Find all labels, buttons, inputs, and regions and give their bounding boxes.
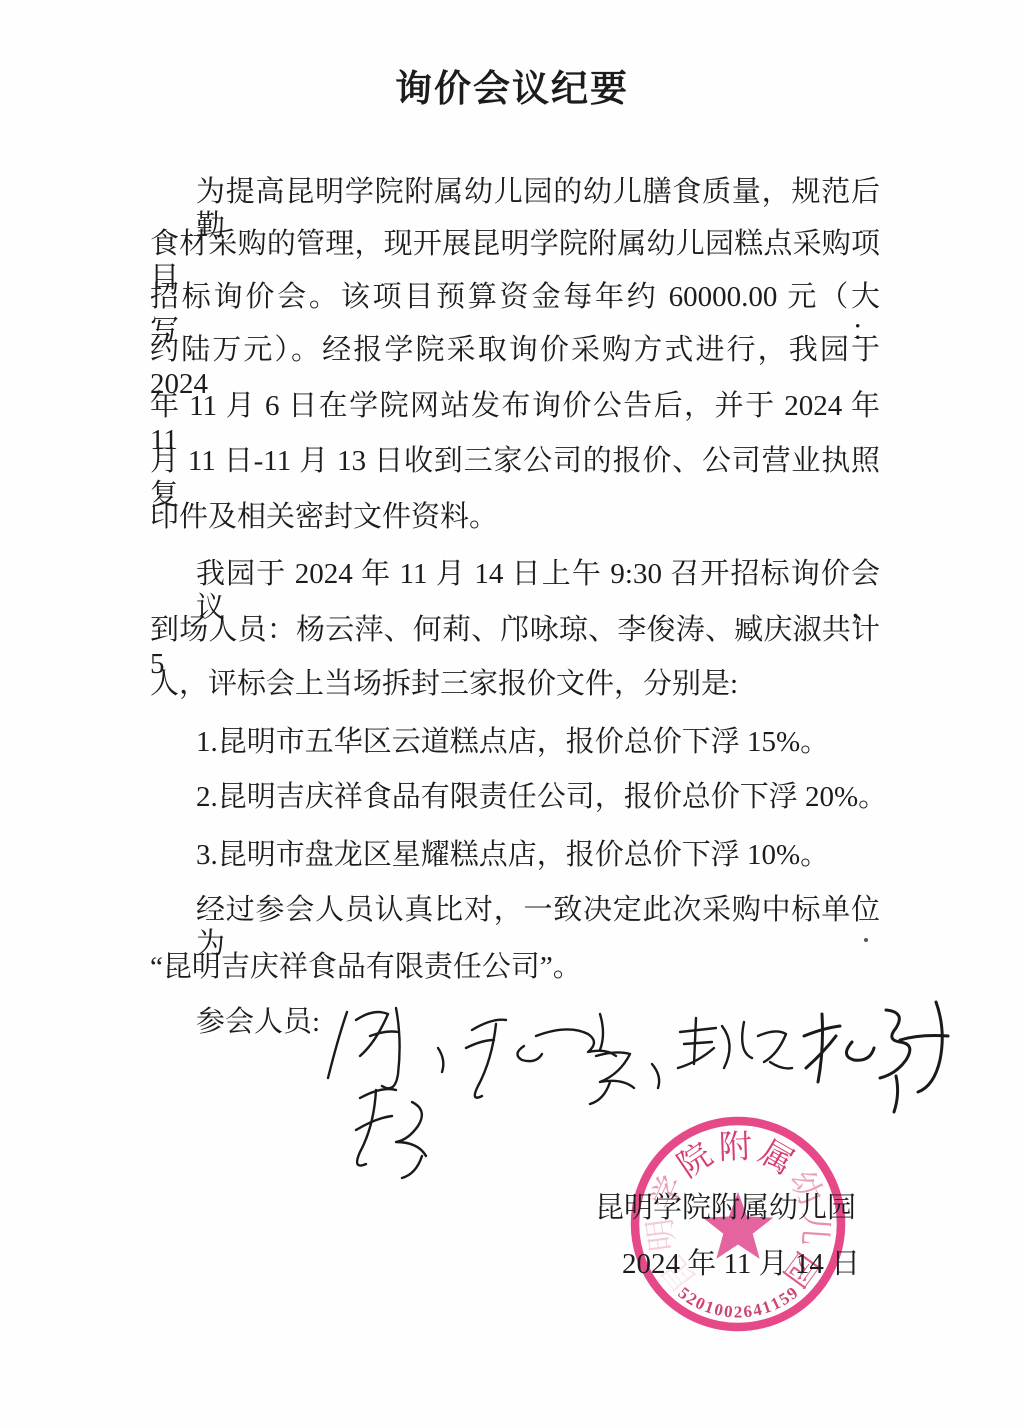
- svg-text:0: 0: [723, 1302, 734, 1322]
- caesura-mark-icon: [438, 1048, 443, 1072]
- document-page: 询价会议纪要 为提高昆明学院附属幼儿园的幼儿膳食质量，规范后勤 食材采购的管理，…: [0, 0, 1024, 1426]
- body-line: 食材采购的管理，现开展昆明学院附属幼儿园糕点采购项目: [150, 227, 880, 263]
- body-line: 人，评标会上当场拆封三家报价文件，分别是:: [150, 667, 880, 703]
- body-line: “昆明吉庆祥食品有限责任公司”。: [150, 950, 880, 986]
- footer-date: 2024 年 11 月 14 日: [622, 1247, 860, 1281]
- bid-item-2: 2.昆明吉庆祥食品有限责任公司，报价总价下浮 20%。: [150, 780, 880, 816]
- body-line: 到场人员：杨云萍、何莉、邝咏琼、李俊涛、臧庆淑共计 5: [150, 613, 880, 649]
- body-line: 为提高昆明学院附属幼儿园的幼儿膳食质量，规范后勤: [150, 175, 880, 211]
- signature-he-li: [328, 1008, 400, 1088]
- document-title: 询价会议纪要: [0, 58, 1024, 112]
- caesura-mark-icon: [652, 1064, 659, 1088]
- footer-organization: 昆明学院附属幼儿园: [595, 1191, 856, 1225]
- bid-item-1: 1.昆明市五华区云道糕点店，报价总价下浮 15%。: [150, 725, 880, 761]
- svg-text:2: 2: [734, 1303, 743, 1322]
- signature-li-jun-tao: [356, 1089, 426, 1178]
- body-line: 月 11 日-11 月 13 日收到三家公司的报价、公司营业执照复: [150, 444, 880, 480]
- scan-speck: [864, 938, 868, 942]
- body-line: 印件及相关密封文件资料。: [150, 500, 880, 536]
- signature-zang-qing-shu: [678, 1018, 792, 1068]
- bid-item-3: 3.昆明市盘龙区星耀糕点店，报价总价下浮 10%。: [150, 838, 880, 874]
- svg-text:附: 附: [718, 1129, 752, 1166]
- body-line: 约陆万元）。经报学院采取询价采购方式进行，我园于 2024: [150, 333, 880, 369]
- body-line: 招标询价会。该项目预算资金每年约 60000.00 元（大写：: [150, 280, 880, 316]
- body-line: 经过参会人员认真比对，一致决定此次采购中标单位为: [150, 893, 880, 929]
- signature-kuang-yong-qiong: [466, 1014, 634, 1104]
- signature-yang-yun-ping: [804, 1002, 948, 1112]
- body-line: 我园于 2024 年 11 月 14 日上午 9:30 召开招标询价会议，: [150, 557, 880, 593]
- body-line: 年 11 月 6 日在学院网站发布询价公告后，并于 2024 年 11: [150, 389, 880, 425]
